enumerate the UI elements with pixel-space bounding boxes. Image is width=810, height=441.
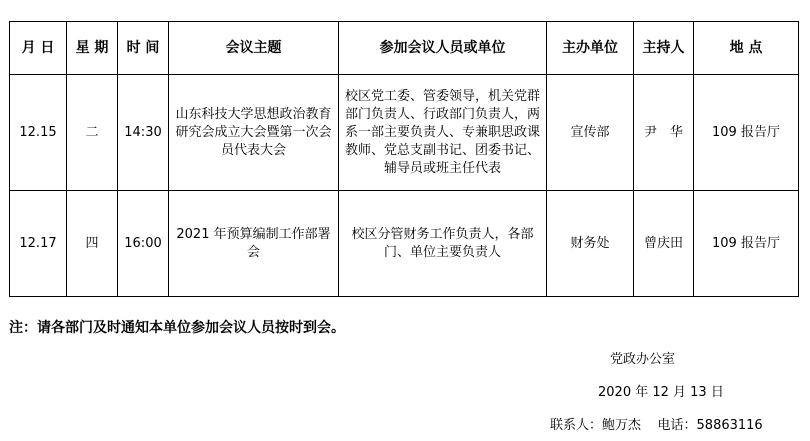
table-row: 12.17 四 16:00 2021 年预算编制工作部署会 校区分管财务工作负责…: [10, 191, 799, 297]
header-weekday: 星 期: [67, 22, 118, 75]
cell-host: 曾庆田: [634, 191, 694, 297]
cell-attendees: 校区党工委、管委领导，机关党群部门负责人、行政部门负责人，两系一部主要负责人、专…: [339, 75, 547, 191]
contact-info: 联系人：鲍万杰 电话：58863116: [550, 414, 763, 433]
cell-weekday: 二: [67, 75, 118, 191]
header-location: 地 点: [694, 22, 799, 75]
footnote: 注：请各部门及时通知本单位参加会议人员按时到会。: [9, 317, 345, 337]
cell-location: 109 报告厅: [694, 191, 799, 297]
header-attendees: 参加会议人员或单位: [339, 22, 547, 75]
header-organizer: 主办单位: [547, 22, 634, 75]
cell-topic: 山东科技大学思想政治教育研究会成立大会暨第一次会员代表大会: [169, 75, 339, 191]
table-header-row: 月 日 星 期 时 间 会议主题 参加会议人员或单位 主办单位 主持人 地 点: [10, 22, 799, 75]
meeting-schedule-table: 月 日 星 期 时 间 会议主题 参加会议人员或单位 主办单位 主持人 地 点 …: [9, 21, 799, 297]
cell-date: 12.17: [10, 191, 67, 297]
cell-time: 14:30: [118, 75, 169, 191]
cell-organizer: 宣传部: [547, 75, 634, 191]
header-host: 主持人: [634, 22, 694, 75]
header-topic: 会议主题: [169, 22, 339, 75]
cell-topic: 2021 年预算编制工作部署会: [169, 191, 339, 297]
cell-date: 12.15: [10, 75, 67, 191]
cell-location: 109 报告厅: [694, 75, 799, 191]
header-time: 时 间: [118, 22, 169, 75]
table-row: 12.15 二 14:30 山东科技大学思想政治教育研究会成立大会暨第一次会员代…: [10, 75, 799, 191]
cell-weekday: 四: [67, 191, 118, 297]
issuing-office: 党政办公室: [610, 348, 675, 367]
cell-attendees: 校区分管财务工作负责人，各部门、单位主要负责人: [339, 191, 547, 297]
header-date: 月 日: [10, 22, 67, 75]
cell-time: 16:00: [118, 191, 169, 297]
cell-organizer: 财务处: [547, 191, 634, 297]
cell-host: 尹 华: [634, 75, 694, 191]
issue-date: 2020 年 12 月 13 日: [598, 381, 724, 400]
